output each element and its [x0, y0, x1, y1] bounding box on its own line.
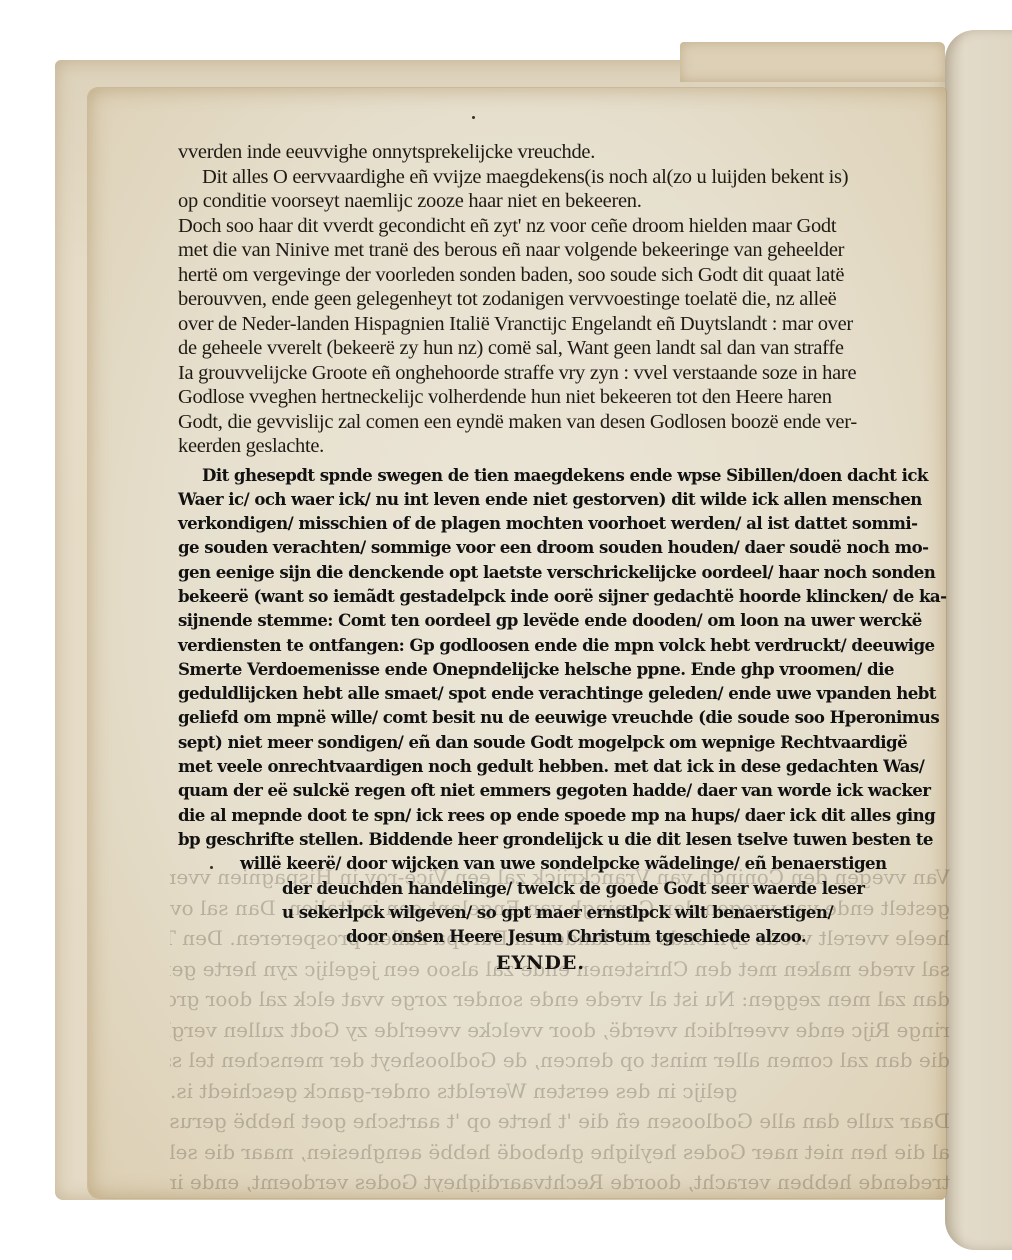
- text-line: Godlose vveghen hertneckelijc volherdend…: [178, 385, 948, 410]
- text-line: dan zal men zeggen: Nu ist al vrede ende…: [170, 984, 950, 1015]
- text-line: die al mepnde doot te spn/ ick rees op e…: [178, 803, 948, 827]
- text-line: hertë om vergevinge der voorleden sonden…: [178, 263, 948, 288]
- facing-page-edge: [945, 30, 1012, 1250]
- ink-speck: [418, 930, 421, 933]
- text-line: ringe Rijc ende vveerldich vverdë, door …: [170, 1015, 950, 1046]
- text-line: Ia grouvvelijcke Groote eñ onghehoorde s…: [178, 361, 948, 386]
- text-line: gen eenige sijn die denckende opt laetst…: [178, 560, 948, 584]
- text-line: de geheele vverelt (bekeerë zy hun nz) c…: [178, 336, 948, 361]
- text-line: Doch soo haar dit vverdt gecondicht eñ z…: [178, 214, 948, 239]
- text-line: met veele onrechtvaardigen noch gedult h…: [178, 754, 948, 778]
- text-line: sijnende stemme: Comt ten oordeel gp lev…: [178, 608, 948, 632]
- text-line: der deuchden handelinge/ twelck de goede…: [178, 876, 948, 900]
- text-line: u sekerlpck wilgeven/ so gpt maer ernstl…: [178, 900, 948, 924]
- text-line: Dit ghesepdt spnde swegen de tien maegde…: [178, 463, 948, 487]
- text-line: keerden geslachte.: [178, 434, 948, 459]
- text-line: verkondigen/ misschien of de plagen moch…: [178, 511, 948, 535]
- text-line: willë keerë/ door wijcken van uwe sondel…: [178, 851, 948, 875]
- ink-speck: [210, 866, 213, 869]
- finis-colophon: EYNDE.: [178, 948, 948, 978]
- text-line: Daar zulle dan alle Godloosen eñ die 't …: [170, 1106, 950, 1137]
- text-line: tredende hebben veracht, doorde Rechtvaa…: [170, 1167, 950, 1192]
- text-line: gelijc in des eersten Wereldts onder-gan…: [170, 1076, 950, 1107]
- text-line: vverden inde eeuvvighe onnytsprekelijcke…: [178, 140, 948, 165]
- text-line: over de Neder-landen Hispagnien Italië V…: [178, 312, 948, 337]
- text-line: Dit alles O eervvaardighe eñ vvijze maeg…: [178, 165, 948, 190]
- text-line: bp geschrifte stellen. Biddende heer gro…: [178, 827, 948, 851]
- ink-speck: [472, 116, 475, 119]
- text-line: al die hen niet naer Godes heylighe gheb…: [170, 1137, 950, 1168]
- text-line: berouvven, ende geen gelegenheyt tot zod…: [178, 287, 948, 312]
- page-text: vverden inde eeuvvighe onnytsprekelijcke…: [178, 140, 948, 978]
- text-line: geliefd om mpnë wille/ comt besit nu de …: [178, 705, 948, 729]
- text-line: met die van Ninive met tranë des berous …: [178, 238, 948, 263]
- text-line: op conditie voorseyt naemlijc zooze haar…: [178, 189, 948, 214]
- text-line: die dan zal comen aller minst op dencen,…: [170, 1045, 950, 1076]
- text-line: geduldlijcken hebt alle smaet/ spot ende…: [178, 681, 948, 705]
- text-line: Smerte Verdoemenisse ende Onepndelijcke …: [178, 657, 948, 681]
- text-line: verdiensten te ontfangen: Gp godloosen e…: [178, 633, 948, 657]
- roman-paragraph: vverden inde eeuvvighe onnytsprekelijcke…: [178, 140, 948, 459]
- underlying-leaf-torn-corner: [680, 42, 945, 82]
- text-line: Waer ic/ och waer ick/ nu int leven ende…: [178, 487, 948, 511]
- text-line: quam der eë sulckë regen oft niet emmers…: [178, 778, 948, 802]
- text-line: ge souden verachten/ sommige voor een dr…: [178, 535, 948, 559]
- blackletter-paragraph: Dit ghesepdt spnde swegen de tien maegde…: [178, 463, 948, 949]
- text-line: sept) niet meer sondigen/ eñ dan soude G…: [178, 730, 948, 754]
- text-line: bekeerë (want so iemãdt gestadelpck inde…: [178, 584, 948, 608]
- text-line: door onsen Heere Jesum Christum tgeschie…: [178, 924, 948, 948]
- text-line: Godt, die gevvislijc zal comen een eyndë…: [178, 410, 948, 435]
